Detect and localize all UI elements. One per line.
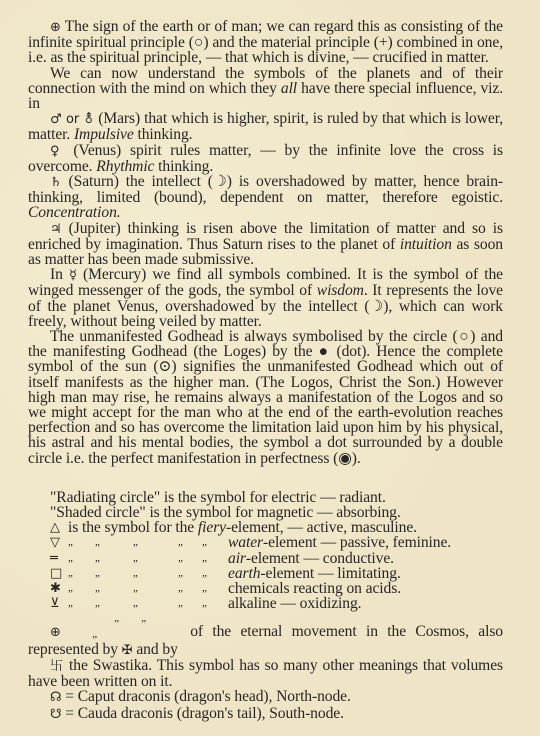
paragraph-earth-sign: ⊕ The sign of the earth or of man; we ca… xyxy=(28,19,503,66)
radiating-circle-line: "Radiating circle" is the symbol for ele… xyxy=(50,490,503,505)
water-triangle-icon: ▽ xyxy=(50,535,68,550)
ditto-mark: „ xyxy=(95,581,133,596)
earth-square-icon: □ xyxy=(50,566,68,581)
maltese-cross-icon: ✠ xyxy=(122,643,133,658)
paragraph-saturn: ♄ (Saturn) the intellect (☽) is overshad… xyxy=(28,174,503,221)
ditto-marks: „„„ xyxy=(70,611,190,641)
swastika-icon: 卐 xyxy=(50,659,64,674)
section-gap xyxy=(28,466,503,490)
earth-symbol-icon: ⊕ xyxy=(50,20,61,35)
ditto-marks: „„„„„ xyxy=(68,596,228,611)
ditto-mark: „ xyxy=(133,551,178,566)
intro-emphasis: all xyxy=(281,80,297,97)
paragraph-cosmos: ⊕ „„„of the eternal movement in the Cosm… xyxy=(28,611,503,658)
shaded-circle-line: "Shaded circle" is the symbol for magnet… xyxy=(50,505,503,520)
ditto-mark: „ xyxy=(178,596,202,611)
ditto-marks: „„„„„ xyxy=(68,566,228,581)
ditto-mark: „ xyxy=(133,566,178,581)
air-equals-icon: ═ xyxy=(50,551,68,566)
ditto-mark: „ xyxy=(92,611,119,626)
ditto-mark: „ xyxy=(95,566,133,581)
ditto-mark: „ xyxy=(68,566,95,581)
ditto-mark: „ xyxy=(95,596,133,611)
paragraph-mars: ♂ or ⚨ (Mars) that which is higher, spir… xyxy=(28,111,503,142)
ditto-mark: „ xyxy=(68,596,95,611)
north-node-icon: ☊ xyxy=(50,690,61,705)
jupiter-emphasis: intuition xyxy=(400,236,452,253)
symbol-row-alkaline: ⊻ „„„„„ alkaline — oxidizing. xyxy=(50,596,503,611)
ditto-mark: „ xyxy=(133,581,178,596)
ditto-mark: „ xyxy=(70,627,110,642)
caput-text: = Caput draconis (dragon's head), North-… xyxy=(61,688,350,705)
paragraph-cauda: ☋ = Cauda draconis (dragon's tail), Sout… xyxy=(28,706,503,722)
ditto-mark: „ xyxy=(95,551,133,566)
paragraph-jupiter: ♃ (Jupiter) thinking is risen above the … xyxy=(28,221,503,268)
ditto-mark: „ xyxy=(68,535,95,550)
fire-rest-text: -element, — active, masculine. xyxy=(226,520,417,535)
symbol-table: "Radiating circle" is the symbol for ele… xyxy=(50,490,503,612)
earth-sign-text: The sign of the earth or of man; we can … xyxy=(28,18,503,66)
fire-emphasis: fiery xyxy=(198,520,226,535)
paragraph-swastika: 卐 the Swastika. This symbol has so many … xyxy=(28,658,503,689)
radiating-circle-text: "Radiating circle" is the symbol for ele… xyxy=(50,490,386,505)
mars-symbol-icon: ♂ or ⚨ xyxy=(50,112,94,127)
ditto-mark: „ xyxy=(202,596,222,611)
alkaline-text: alkaline — oxidizing. xyxy=(228,595,361,612)
ditto-mark: „ xyxy=(202,581,222,596)
ditto-marks: „„„„„ xyxy=(68,535,228,550)
ditto-mark: „ xyxy=(178,551,202,566)
swastika-text: the Swastika. This symbol has so many ot… xyxy=(28,657,503,690)
symbol-row-chemicals: ✱ „„„„„ chemicals reacting on acids. xyxy=(50,581,503,596)
ditto-mark: „ xyxy=(202,535,222,550)
symbol-row-water: ▽ „„„„„ water-element — passive, feminin… xyxy=(50,535,503,550)
paragraph-planets-intro: We can now understand the symbols of the… xyxy=(28,66,503,112)
fire-lead-text: is the symbol for the xyxy=(68,520,198,535)
paragraph-caput: ☊ = Caput draconis (dragon's head), Nort… xyxy=(28,689,503,705)
fire-element-line: △ is the symbol for the fiery-element, —… xyxy=(50,520,503,535)
ditto-mark: „ xyxy=(119,611,157,626)
ditto-mark: „ xyxy=(178,535,202,550)
ditto-mark: „ xyxy=(178,566,202,581)
cosmos-tail-text: and by xyxy=(133,641,178,658)
mercury-text-start: In xyxy=(50,266,69,283)
saturn-text: (Saturn) the intellect (☽) is overshadow… xyxy=(28,173,503,206)
cauda-text: = Cauda draconis (dragon's tail), South-… xyxy=(61,705,343,722)
mercury-symbol-icon: ☿ xyxy=(69,268,77,283)
ditto-mark: „ xyxy=(95,535,133,550)
south-node-icon: ☋ xyxy=(50,707,61,722)
fire-triangle-icon: △ xyxy=(50,520,68,535)
ditto-mark: „ xyxy=(178,581,202,596)
saturn-symbol-icon: ♄ xyxy=(50,175,62,190)
ditto-marks: „„„„„ xyxy=(68,581,228,596)
ditto-mark: „ xyxy=(133,535,178,550)
ditto-mark: „ xyxy=(202,566,222,581)
symbol-row-earth: □ „„„„„ earth-element — limitating. xyxy=(50,566,503,581)
paragraph-mercury: In ☿ (Mercury) we find all symbols combi… xyxy=(28,267,503,329)
alkaline-icon: ⊻ xyxy=(50,596,68,611)
book-page: ⊕ The sign of the earth or of man; we ca… xyxy=(28,19,503,722)
shaded-circle-text: "Shaded circle" is the symbol for magnet… xyxy=(50,505,401,520)
ditto-mark: „ xyxy=(68,551,95,566)
ditto-mark: „ xyxy=(133,596,178,611)
paragraph-godhead: The unmanifested Godhead is always symbo… xyxy=(28,329,503,466)
godhead-text: The unmanifested Godhead is always symbo… xyxy=(28,328,503,467)
ditto-mark: „ xyxy=(68,581,95,596)
jupiter-symbol-icon: ♃ xyxy=(50,222,62,237)
paragraph-venus: ♀ (Venus) spirit rules matter, — by the … xyxy=(28,143,503,174)
circled-cross-icon: ⊕ xyxy=(50,626,61,641)
ditto-mark: „ xyxy=(202,551,222,566)
ditto-marks: „„„„„ xyxy=(68,551,228,566)
symbol-row-air: ═ „„„„„ air-element — conductive. xyxy=(50,551,503,566)
asterisk-icon: ✱ xyxy=(50,581,68,596)
venus-symbol-icon: ♀ xyxy=(50,144,64,159)
